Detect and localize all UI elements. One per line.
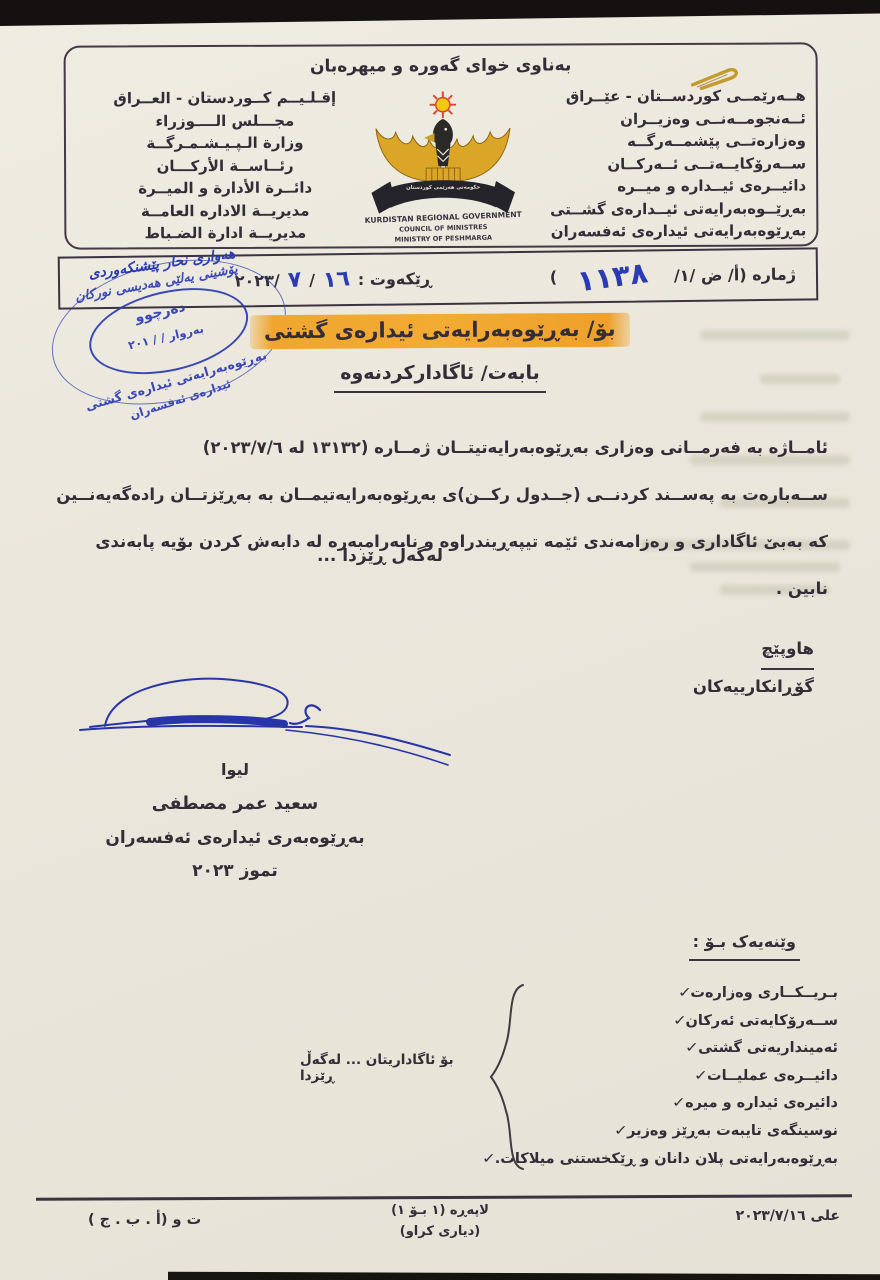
letterhead-line: مديريــة الاداره العامــة — [74, 199, 376, 223]
closing-line: لەگەڵ ڕێزدا ... — [0, 546, 760, 566]
paper-sheet: بەناوی خوای گەورە و میهرەبان هــەرێمــی … — [0, 0, 880, 1280]
date-label: ڕێکەوت : — [358, 269, 432, 289]
date-separator: / — [309, 271, 315, 290]
body-line: ئامــاژە بە فەرمــانی وەزاری بەڕێوەبەرای… — [50, 424, 828, 471]
footer-page-note: (دیاری کراو) — [330, 1221, 550, 1242]
list-item: نوسینگەی تایبەت بەڕێز وەزیر✓ — [418, 1118, 838, 1146]
footer-page-info: لاپەڕە (١ بـۆ ١) (دیاری کراو) — [330, 1200, 550, 1242]
letterhead-line: بەڕێوەبەرایەتی ئیدارەی ئەفسەران — [504, 219, 806, 243]
letterhead-line: وزارة الـپـيـشـمـرگــة — [74, 131, 376, 155]
signatory-name: سعید عمر مصطفی — [70, 794, 400, 814]
eagle-tail — [426, 168, 460, 181]
check-icon: ✓ — [672, 1090, 686, 1118]
scanner-edge-top — [0, 0, 880, 26]
check-icon: ✓ — [677, 980, 691, 1008]
emblem-text-ministry: MINISTRY OF PESHMARGA — [395, 234, 494, 244]
letterhead-line: ســەرۆکایــەتــی ئــەرکــان — [504, 152, 806, 176]
list-item: بەڕێوەبەرایەتی پلان دانان و ڕێکخستنی میل… — [418, 1146, 838, 1174]
signatory-rank: لیوا — [70, 760, 400, 779]
letterhead-line: إقـلـيــم كــوردستان - العــراق — [74, 86, 376, 110]
letterhead-line: هــەرێمــی کوردســتان - عێــراق — [504, 84, 806, 108]
footer-page-number: لاپەڕە (١ بـۆ ١) — [330, 1200, 550, 1221]
letterhead-arabic-column: إقـلـيــم كــوردستان - العــراق مجـــلس … — [74, 86, 377, 245]
reference-number-label: ژمارە (أ/ ض /١/ — [674, 265, 796, 285]
emblem-text-council: COUNCIL OF MINISTRES — [399, 223, 488, 234]
sun-icon — [430, 91, 457, 118]
check-icon: ✓ — [685, 1035, 699, 1063]
highlighted-addressee: بۆ/ بەڕێوەبەرایەتی ئیدارەی گشتی — [250, 313, 630, 350]
letterhead-kurdish-column: هــەرێمــی کوردســتان - عێــراق ئــەنجوم… — [504, 84, 807, 243]
signatory-date: تموز ٢٠٢٣ — [70, 861, 400, 881]
brace-note: بۆ ئاگاداریتان ... لەگەڵ ڕێزدا — [300, 1052, 482, 1084]
letterhead-box: بەناوی خوای گەورە و میهرەبان هــەرێمــی … — [64, 42, 819, 249]
curly-brace — [488, 982, 526, 1172]
ribbon-banner: حكومەتی هەرێمی كوردستان — [371, 180, 515, 214]
subject-line: بابەت/ ئاگادارکردنەوە — [0, 362, 880, 393]
scanner-edge-bottom — [168, 1272, 880, 1280]
attachment-label: هاوپێچ — [761, 632, 814, 670]
signatory-title: بەڕێوەبەری ئیدارەی ئەفسەران — [70, 828, 400, 848]
letter-body: ئامــاژە بە فەرمــانی وەزاری بەڕێوەبەرای… — [50, 424, 828, 612]
subject-text: بابەت/ ئاگادارکردنەوە — [334, 362, 546, 393]
letterhead-line: وەزارەتــی پێشمــەرگــە — [504, 129, 806, 153]
krg-eagle-emblem-icon: حكومەتی هەرێمی كوردستان KURDISTAN REGION… — [358, 84, 529, 253]
letterhead-line: ئــەنجومــەنــی وەزیــران — [504, 107, 806, 131]
date-day-handwritten: ١٦ — [322, 266, 351, 293]
copy-to-heading: وێنەیەک بـۆ : — [689, 932, 800, 961]
emblem-text-government: KURDISTAN REGIONAL GOVERNMENT — [365, 210, 523, 225]
ribbon-text: حكومەتی هەرێمی كوردستان — [406, 185, 480, 191]
list-item: دائیرەی ئیدارە و میرە✓ — [418, 1090, 838, 1118]
letterhead-line: دائیــرەی ئیــدارە و میــرە — [504, 174, 806, 198]
bleed-through-line — [700, 412, 850, 422]
check-icon: ✓ — [673, 1008, 687, 1036]
body-line: ســەبارەت بە پەســند کردنــی (جــدول رکـ… — [50, 471, 828, 518]
footer-typist-date: علی ٢٠٢٣/٧/١٦ — [736, 1208, 840, 1224]
signatory-block: لیوا سعید عمر مصطفی بەڕێوەبەری ئیدارەی ئ… — [70, 760, 400, 881]
check-icon: ✓ — [614, 1118, 628, 1146]
letterhead-line: مجـــلس الــــوزراء — [74, 109, 376, 133]
letterhead-line: دائــرة الأدارة و الميــرة — [74, 176, 376, 200]
copy-to-heading-text: وێنەیەک بـۆ : — [689, 932, 800, 961]
letterhead-line: بەڕێــوەبەرایەتی ئیــدارەی گشــتی — [504, 197, 806, 221]
attachment-value: گۆڕانکارییەکان — [693, 670, 814, 703]
check-icon: ✓ — [694, 1063, 708, 1091]
list-item: ســەرۆکایەتی ئەرکان✓ — [418, 1008, 838, 1036]
letterhead-line: رئــاســة الأركـــان — [74, 154, 376, 178]
reference-number-handwritten: ١١٣٨ — [575, 255, 650, 298]
reference-number-close: ) — [550, 268, 558, 287]
scanned-letter-page: بەناوی خوای گەورە و میهرەبان هــەرێمــی … — [0, 0, 880, 1280]
signature-ink — [50, 666, 460, 774]
attachment-block: هاوپێچ گۆڕانکارییەکان — [693, 632, 814, 703]
footer-initials: ت و (أ . ب . ج ) — [88, 1212, 201, 1228]
list-item: بـریــکــاری وەزارەت✓ — [418, 980, 838, 1008]
addressee-line: بۆ/ بەڕێوەبەرایەتی ئیدارەی گشتی — [0, 314, 880, 348]
